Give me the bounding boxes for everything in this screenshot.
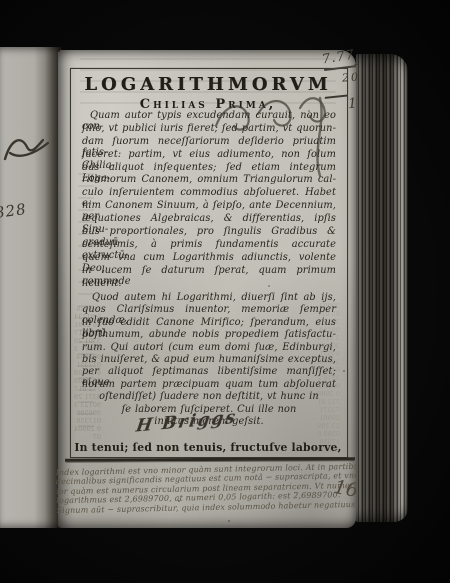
text-line: bis inuiſeret, & apud eum humaniſsime ex… <box>82 354 336 366</box>
text-line: ſilio, vt publici iuris fieret; ſed part… <box>82 123 336 136</box>
margin-dash-stroke: — <box>322 85 349 107</box>
text-line: licuerit. <box>82 278 336 291</box>
paragraph-2: Quod autem hi Logarithmi, diuerſi ſint a… <box>82 292 336 428</box>
text-line: centeſimis, à primis fundamentis accurat… <box>82 239 336 252</box>
scan-background: 328 3990285 0173446 2991443 0173301 2989… <box>0 0 450 583</box>
printed-rule <box>65 457 355 462</box>
text-line: rum. Qui autori (cum eum domi ſuæ, Edinb… <box>82 342 336 354</box>
margin-number-top-right: 7.77 <box>321 48 356 68</box>
motto-line: In tenui; ſed non tenuis, fructuſve labo… <box>70 441 346 454</box>
text-line: Quod autem hi Logarithmi, diuerſi ſint a… <box>82 292 336 304</box>
text-line: æquationes Algebraicas, & differentias, … <box>82 213 336 226</box>
facing-page-number: 328 <box>0 200 28 222</box>
text-line: horum partem præcipuam quam tum abſoluer… <box>82 379 336 391</box>
text-line: oſtendiſſet) ſuadere non deſtitit, vt hu… <box>82 391 336 403</box>
manuscript-footnote: Index logarithmi est vno minor quàm sunt… <box>56 462 361 515</box>
margin-handwriting-squiggle <box>1 127 57 171</box>
text-line: in lucem ſe daturum ſperat, quam primum … <box>82 265 336 278</box>
text-line: nim Canonem Sinuum, à ſeipſo, ante Decen… <box>82 200 336 213</box>
paragraph-1: Quam autor typis excudendam curauit, non… <box>82 110 336 290</box>
text-line: poſthumum, abunde nobis propediem ſatisf… <box>82 329 336 341</box>
book-fore-edge <box>356 54 408 522</box>
margin-number-top-right: 1 <box>347 96 357 113</box>
text-line: das aliquot inſequentes; ſed etiam integ… <box>82 162 336 175</box>
text-line: culo inſeruientem commodius abſolueret. … <box>82 187 336 200</box>
text-line: Quam autor typis excudendam curauit, non… <box>82 110 336 123</box>
book-page: 3990285 0173446 2991443 0173301 2989571 … <box>58 50 356 528</box>
paper-specks <box>58 50 60 52</box>
text-line: bus proportionales, pro ſingulis Gradibu… <box>82 226 336 239</box>
text-line: in ſuo edidit Canone Mirifico; ſperandum… <box>82 317 336 329</box>
text-line: per aliquot ſeptimanas libentiſsime manſ… <box>82 366 336 378</box>
margin-number-top-right: 20 <box>342 70 361 84</box>
text-line: faceret: partim, vt eius adiumento, non … <box>82 149 336 162</box>
facing-page-edge: 328 <box>0 47 62 528</box>
text-line: rithmorum Canonem, omnium Triangulorum c… <box>82 174 336 187</box>
text-line: dam ſuorum neceſſariorum deſiderio priua… <box>82 136 336 149</box>
text-line: quos Clariſsimus inuentor, memoriæ ſempe… <box>82 304 336 316</box>
text-line: quem vna cum Logarithmis adiunctis, vole… <box>82 252 336 265</box>
margin-number-top-right: 2 <box>353 58 360 69</box>
